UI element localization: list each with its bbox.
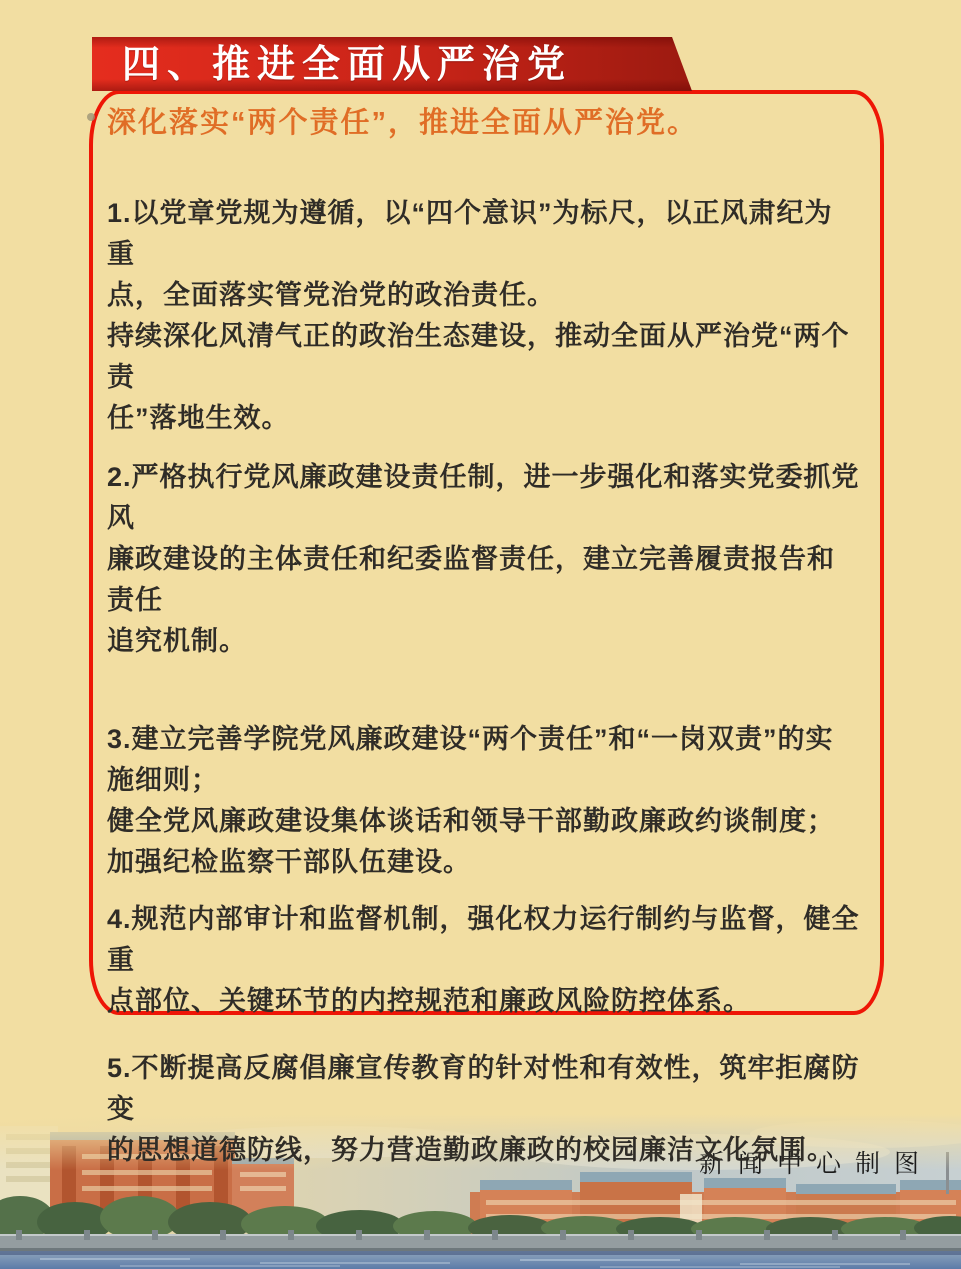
paragraph-2: 2.严格执行党风廉政建设责任制，进一步强化和落实党委抓党风 廉政建设的主体责任和…: [107, 457, 860, 662]
water: [0, 1251, 961, 1269]
content-card: 深化落实“两个责任”，推进全面从严治党。 1.以党章党规为遵循，以“四个意识”为…: [89, 90, 884, 1015]
decorative-dot: [87, 113, 95, 121]
card-heading: 深化落实“两个责任”，推进全面从严治党。: [107, 103, 860, 143]
paragraph-5: 5.不断提高反腐倡廉宣传教育的针对性和有效性，筑牢拒腐防变 的思想道德防线，努力…: [107, 1048, 860, 1171]
section-banner: 四、推进全面从严治党: [92, 37, 692, 91]
paragraph-4: 4.规范内部审计和监督机制，强化权力运行制约与监督，健全重 点部位、关键环节的内…: [107, 899, 860, 1022]
paragraph-1: 1.以党章党规为遵循，以“四个意识”为标尺，以正风肃纪为重 点，全面落实管党治党…: [107, 193, 860, 439]
paragraph-3: 3.建立完善学院党风廉政建设“两个责任”和“一岗双责”的实 施细则； 健全党风廉…: [107, 719, 860, 883]
content-card-body: 深化落实“两个责任”，推进全面从严治党。 1.以党章党规为遵循，以“四个意识”为…: [93, 94, 880, 1171]
section-title: 四、推进全面从严治党: [92, 45, 572, 83]
poster-page: 四、推进全面从严治党 深化落实“两个责任”，推进全面从严治党。 1.以党章党规为…: [0, 0, 961, 1269]
